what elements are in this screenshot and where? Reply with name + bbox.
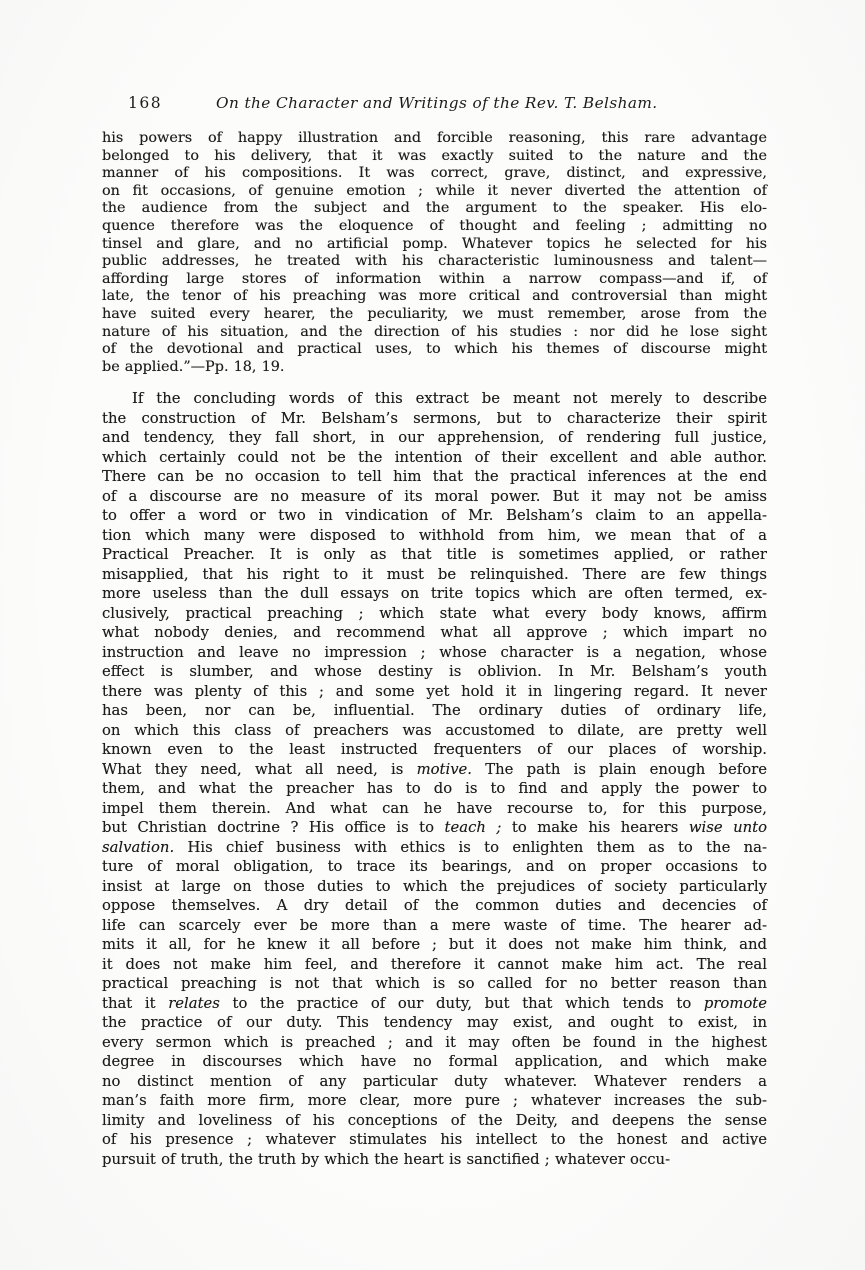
text-line: tion which many were disposed to withhol… bbox=[102, 526, 767, 546]
text-line: have suited every hearer, the peculiarit… bbox=[102, 306, 767, 324]
text-line: on fit occasions, of genuine emotion ; w… bbox=[102, 183, 767, 201]
scanned-book-page: 168 On the Character and Writings of the… bbox=[0, 0, 865, 1270]
text-line: the audience from the subject and the ar… bbox=[102, 200, 767, 218]
text-line: life can scarcely ever be more than a me… bbox=[102, 916, 767, 936]
text-line: to offer a word or two in vindication of… bbox=[102, 506, 767, 526]
text-line: insist at large on those duties to which… bbox=[102, 877, 767, 897]
text-line: every sermon which is preached ; and it … bbox=[102, 1033, 767, 1053]
text-line: has been, nor can be, influential. The o… bbox=[102, 701, 767, 721]
ink-speck-artifact bbox=[752, 1141, 755, 1145]
running-title: On the Character and Writings of the Rev… bbox=[216, 94, 658, 112]
paragraph-extract: his powers of happy illustration and for… bbox=[102, 130, 767, 376]
text-line: of his presence ; whatever stimulates hi… bbox=[102, 1130, 767, 1150]
text-line: known even to the least instructed frequ… bbox=[102, 740, 767, 760]
text-line: affording large stores of information wi… bbox=[102, 271, 767, 289]
text-line: it does not make him feel, and therefore… bbox=[102, 955, 767, 975]
text-line: mits it all, for he knew it all before ;… bbox=[102, 935, 767, 955]
text-line: but Christian doctrine ? His office is t… bbox=[102, 818, 767, 838]
text-line: effect is slumber, and whose destiny is … bbox=[102, 662, 767, 682]
text-line: his powers of happy illustration and for… bbox=[102, 130, 767, 148]
text-line: the construction of Mr. Belsham’s sermon… bbox=[102, 409, 767, 429]
page-header: 168 On the Character and Writings of the… bbox=[102, 94, 767, 116]
text-line: limity and loveliness of his conceptions… bbox=[102, 1111, 767, 1131]
text-line: quence therefore was the eloquence of th… bbox=[102, 218, 767, 236]
text-line: belonged to his delivery, that it was ex… bbox=[102, 148, 767, 166]
text-line: of a discourse are no measure of its mor… bbox=[102, 487, 767, 507]
text-line: which certainly could not be the intenti… bbox=[102, 448, 767, 468]
text-line: impel them therein. And what can he have… bbox=[102, 799, 767, 819]
text-line: salvation. His chief business with ethic… bbox=[102, 838, 767, 858]
text-line: pursuit of truth, the truth by which the… bbox=[102, 1150, 767, 1170]
page-number: 168 bbox=[128, 94, 162, 112]
text-line: nature of his situation, and the directi… bbox=[102, 324, 767, 342]
text-line: clusively, practical preaching ; which s… bbox=[102, 604, 767, 624]
text-line: What they need, what all need, is motive… bbox=[102, 760, 767, 780]
text-line: If the concluding words of this extract … bbox=[102, 389, 767, 409]
text-line: of the devotional and practical uses, to… bbox=[102, 341, 767, 359]
text-line: ture of moral obligation, to trace its b… bbox=[102, 857, 767, 877]
paragraph-body: If the concluding words of this extract … bbox=[102, 389, 767, 1169]
text-line: practical preaching is not that which is… bbox=[102, 974, 767, 994]
text-line: no distinct mention of any particular du… bbox=[102, 1072, 767, 1092]
text-line: There can be no occasion to tell him tha… bbox=[102, 467, 767, 487]
text-line: tinsel and glare, and no artificial pomp… bbox=[102, 236, 767, 254]
text-line: what nobody denies, and recommend what a… bbox=[102, 623, 767, 643]
text-line: Practical Preacher. It is only as that t… bbox=[102, 545, 767, 565]
text-line: that it relates to the practice of our d… bbox=[102, 994, 767, 1014]
text-line: be applied.”—Pp. 18, 19. bbox=[102, 359, 767, 377]
text-line: the practice of our duty. This tendency … bbox=[102, 1013, 767, 1033]
text-line: them, and what the preacher has to do is… bbox=[102, 779, 767, 799]
text-line: public addresses, he treated with his ch… bbox=[102, 253, 767, 271]
text-line: misapplied, that his right to it must be… bbox=[102, 565, 767, 585]
text-line: instruction and leave no impression ; wh… bbox=[102, 643, 767, 663]
page-text: his powers of happy illustration and for… bbox=[102, 130, 767, 1169]
text-line: and tendency, they fall short, in our ap… bbox=[102, 428, 767, 448]
text-line: degree in discourses which have no forma… bbox=[102, 1052, 767, 1072]
text-line: late, the tenor of his preaching was mor… bbox=[102, 288, 767, 306]
text-line: oppose themselves. A dry detail of the c… bbox=[102, 896, 767, 916]
text-line: man’s faith more firm, more clear, more … bbox=[102, 1091, 767, 1111]
text-line: manner of his compositions. It was corre… bbox=[102, 165, 767, 183]
text-line: more useless than the dull essays on tri… bbox=[102, 584, 767, 604]
text-line: on which this class of preachers was acc… bbox=[102, 721, 767, 741]
text-line: there was plenty of this ; and some yet … bbox=[102, 682, 767, 702]
